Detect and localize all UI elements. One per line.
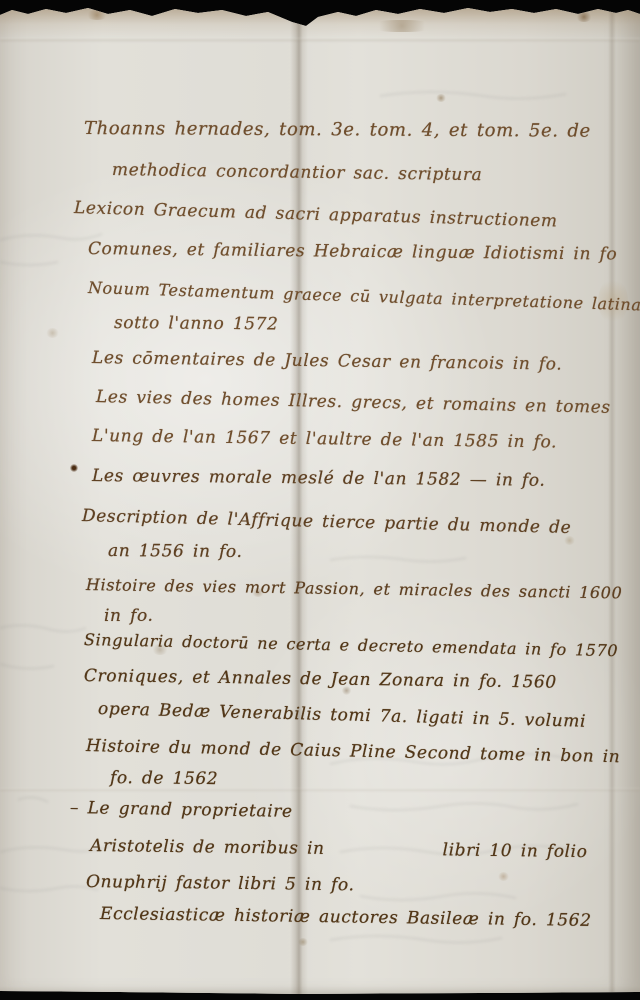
manuscript-line: fo. de 1562 bbox=[110, 770, 218, 788]
manuscript-line-right: libri 10 in folio bbox=[443, 842, 588, 861]
manuscript-page: Thoanns hernades, tom. 3e. tom. 4, et to… bbox=[0, 0, 640, 1000]
manuscript-line: Histoire des vies mort Passion, et mirac… bbox=[86, 577, 623, 601]
manuscript-line: Les œuvres morale meslé de l'an 1582 — i… bbox=[92, 468, 546, 490]
photo-background: Thoanns hernades, tom. 3e. tom. 4, et to… bbox=[0, 0, 640, 1000]
manuscript-line: Onuphrij fastor libri 5 in fo. bbox=[86, 874, 355, 894]
manuscript-line-left: Aristotelis de moribus in bbox=[90, 836, 325, 859]
manuscript-line: Lexicon Graecum ad sacri apparatus instr… bbox=[74, 200, 558, 231]
manuscript-line: Croniques, et Annales de Jean Zonara in … bbox=[84, 668, 557, 692]
manuscript-line: Les cōmentaires de Jules Cesar en franco… bbox=[92, 350, 563, 374]
manuscript-line: L'ung de l'an 1567 et l'aultre de l'an 1… bbox=[92, 428, 557, 451]
manuscript-line: Thoanns hernades, tom. 3e. tom. 4, et to… bbox=[84, 120, 591, 141]
manuscript-line: Aristotelis de moribus inlibri 10 in fol… bbox=[90, 838, 588, 861]
manuscript-text-block: Thoanns hernades, tom. 3e. tom. 4, et to… bbox=[0, 0, 640, 1000]
manuscript-line: opera Bedæ Venerabilis tomi 7a. ligati i… bbox=[98, 701, 586, 731]
manuscript-line: Description de l'Affrique tierce partie … bbox=[82, 508, 572, 537]
manuscript-line: Comunes, et familiares Hebraicæ linguæ I… bbox=[88, 241, 617, 264]
manuscript-line: Ecclesiasticæ historiæ auctores Basileæ … bbox=[100, 906, 592, 930]
manuscript-line: in fo. bbox=[104, 608, 154, 625]
manuscript-line: Singularia doctorū ne certa e decreto em… bbox=[84, 632, 618, 659]
manuscript-line: sotto l'anno 1572 bbox=[114, 315, 279, 333]
manuscript-line: Nouum Testamentum graece cū vulgata inte… bbox=[88, 280, 640, 313]
manuscript-line: an 1556 in fo. bbox=[108, 543, 243, 561]
manuscript-line: Histoire du mond de Caius Pline Second t… bbox=[86, 738, 621, 766]
manuscript-line: methodica concordantior sac. scriptura bbox=[112, 162, 483, 184]
manuscript-line: Les vies des homes Illres. grecs, et rom… bbox=[96, 389, 611, 417]
manuscript-line: – Le grand proprietaire bbox=[70, 800, 293, 821]
